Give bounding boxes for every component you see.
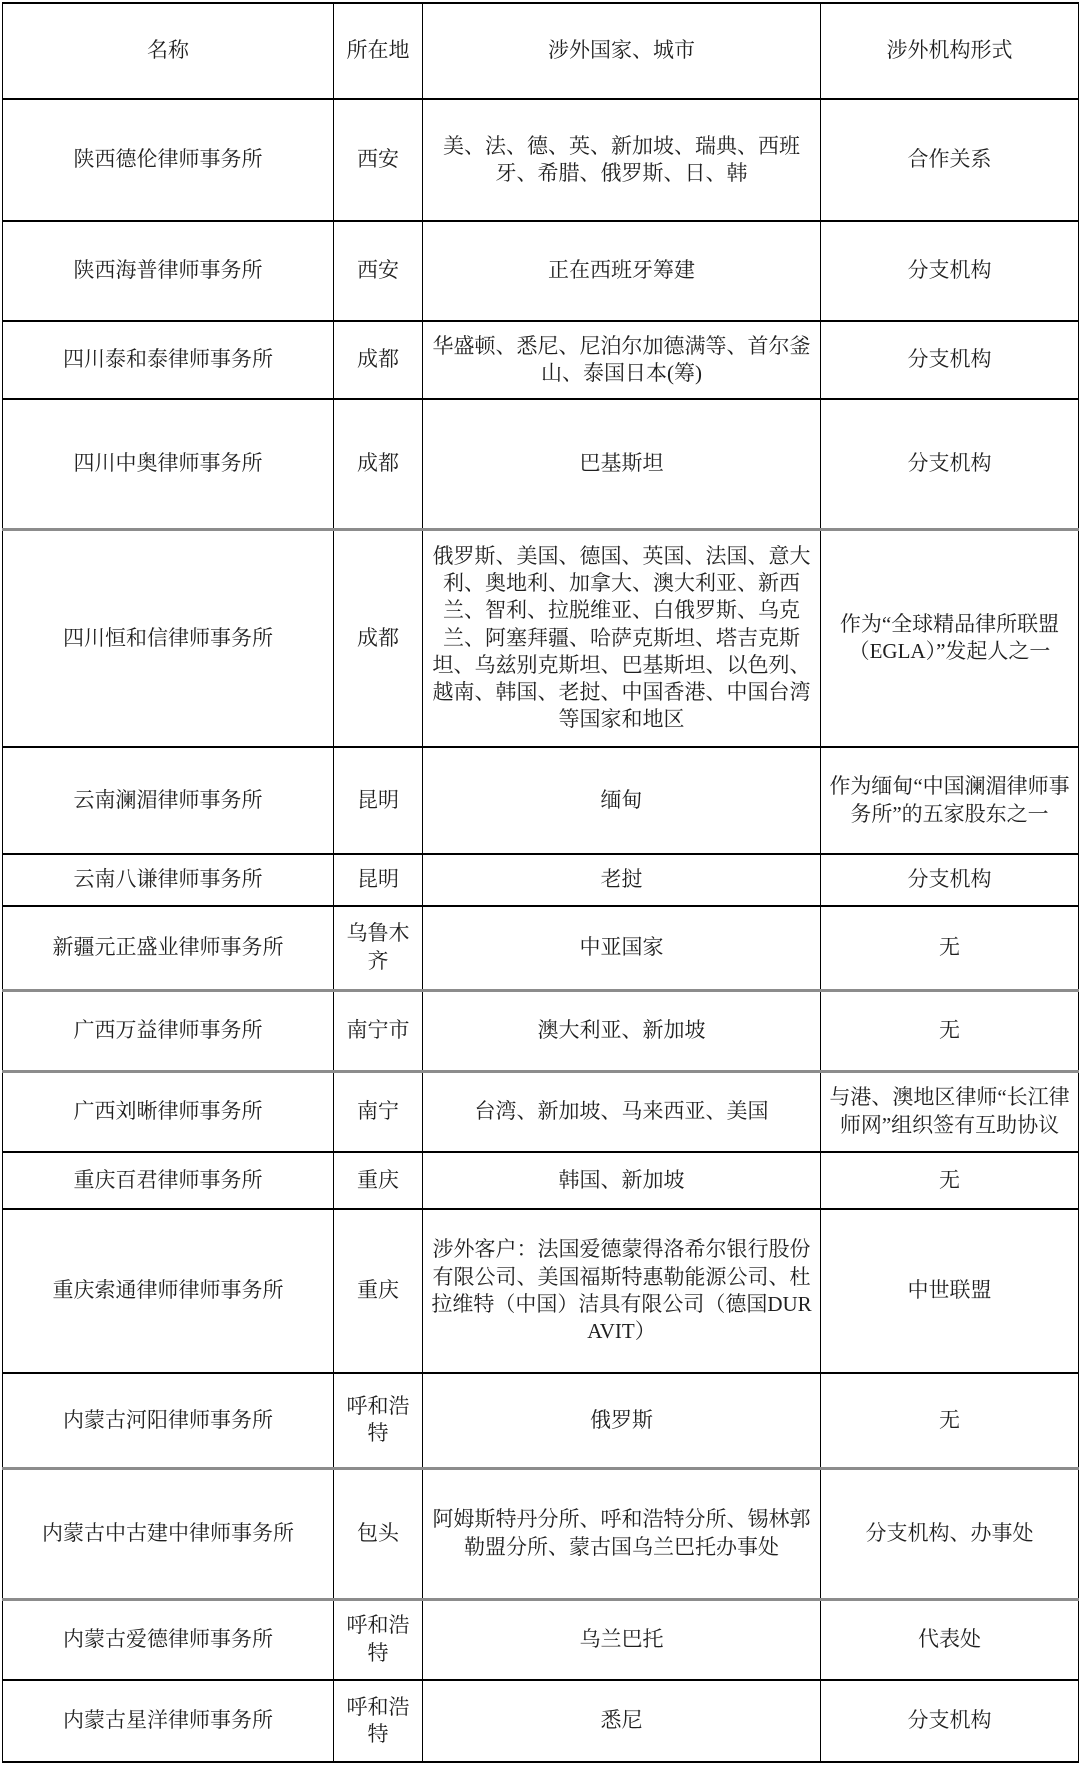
table-row: 新疆元正盛业律师事务所 乌鲁木齐 中亚国家 无	[3, 906, 1079, 990]
cell-firm-name: 云南八谦律师事务所	[3, 854, 334, 906]
cell-firm-name: 重庆百君律师事务所	[3, 1152, 334, 1209]
cell-countries: 中亚国家	[423, 906, 821, 990]
cell-institution-form: 分支机构	[821, 1680, 1079, 1762]
cell-institution-form: 无	[821, 990, 1079, 1071]
cell-location: 乌鲁木齐	[334, 906, 423, 990]
cell-location: 西安	[334, 221, 423, 321]
table-row: 重庆索通律师律师事务所 重庆 涉外客户：法国爱德蒙得洛希尔银行股份有限公司、美国…	[3, 1209, 1079, 1373]
cell-institution-form: 无	[821, 1373, 1079, 1468]
cell-firm-name: 新疆元正盛业律师事务所	[3, 906, 334, 990]
cell-location: 成都	[334, 529, 423, 747]
law-firms-table: 名称 所在地 涉外国家、城市 涉外机构形式 陕西德伦律师事务所 西安 美、法、德…	[2, 2, 1079, 1763]
cell-firm-name: 陕西德伦律师事务所	[3, 99, 334, 221]
col-header-name: 名称	[3, 3, 334, 99]
cell-institution-form: 中世联盟	[821, 1209, 1079, 1373]
cell-location: 南宁	[334, 1071, 423, 1152]
cell-firm-name: 内蒙古河阳律师事务所	[3, 1373, 334, 1468]
table-row: 四川恒和信律师事务所 成都 俄罗斯、美国、德国、英国、法国、意大利、奥地利、加拿…	[3, 529, 1079, 747]
cell-institution-form: 分支机构	[821, 321, 1079, 399]
table-row: 内蒙古星洋律师事务所 呼和浩特 悉尼 分支机构	[3, 1680, 1079, 1762]
col-header-institution-form: 涉外机构形式	[821, 3, 1079, 99]
cell-location: 成都	[334, 399, 423, 529]
cell-location: 呼和浩特	[334, 1599, 423, 1680]
cell-location: 呼和浩特	[334, 1373, 423, 1468]
table-header: 名称 所在地 涉外国家、城市 涉外机构形式	[3, 3, 1079, 99]
cell-countries: 阿姆斯特丹分所、呼和浩特分所、锡林郭勒盟分所、蒙古国乌兰巴托办事处	[423, 1468, 821, 1599]
cell-location: 西安	[334, 99, 423, 221]
cell-location: 昆明	[334, 854, 423, 906]
col-header-location: 所在地	[334, 3, 423, 99]
table-row: 四川中奥律师事务所 成都 巴基斯坦 分支机构	[3, 399, 1079, 529]
cell-firm-name: 内蒙古中古建中律师事务所	[3, 1468, 334, 1599]
cell-firm-name: 四川恒和信律师事务所	[3, 529, 334, 747]
cell-firm-name: 内蒙古星洋律师事务所	[3, 1680, 334, 1762]
cell-institution-form: 与港、澳地区律师“长江律师网”组织签有互助协议	[821, 1071, 1079, 1152]
header-row: 名称 所在地 涉外国家、城市 涉外机构形式	[3, 3, 1079, 99]
cell-countries: 俄罗斯	[423, 1373, 821, 1468]
cell-firm-name: 内蒙古爱德律师事务所	[3, 1599, 334, 1680]
cell-firm-name: 四川中奥律师事务所	[3, 399, 334, 529]
cell-location: 呼和浩特	[334, 1680, 423, 1762]
cell-location: 昆明	[334, 747, 423, 854]
table-row: 内蒙古河阳律师事务所 呼和浩特 俄罗斯 无	[3, 1373, 1079, 1468]
cell-location: 南宁市	[334, 990, 423, 1071]
cell-countries: 美、法、德、英、新加坡、瑞典、西班牙、希腊、俄罗斯、日、韩	[423, 99, 821, 221]
table-row: 广西刘晰律师事务所 南宁 台湾、新加坡、马来西亚、美国 与港、澳地区律师“长江律…	[3, 1071, 1079, 1152]
cell-institution-form: 作为缅甸“中国澜湄律师事务所”的五家股东之一	[821, 747, 1079, 854]
cell-countries: 正在西班牙筹建	[423, 221, 821, 321]
cell-location: 重庆	[334, 1152, 423, 1209]
table-row: 陕西海普律师事务所 西安 正在西班牙筹建 分支机构	[3, 221, 1079, 321]
table-row: 重庆百君律师事务所 重庆 韩国、新加坡 无	[3, 1152, 1079, 1209]
cell-firm-name: 重庆索通律师律师事务所	[3, 1209, 334, 1373]
cell-firm-name: 广西刘晰律师事务所	[3, 1071, 334, 1152]
cell-firm-name: 陕西海普律师事务所	[3, 221, 334, 321]
table-row: 广西万益律师事务所 南宁市 澳大利亚、新加坡 无	[3, 990, 1079, 1071]
cell-institution-form: 无	[821, 1152, 1079, 1209]
table-row: 内蒙古爱德律师事务所 呼和浩特 乌兰巴托 代表处	[3, 1599, 1079, 1680]
cell-firm-name: 四川泰和泰律师事务所	[3, 321, 334, 399]
cell-institution-form: 分支机构	[821, 399, 1079, 529]
table-row: 内蒙古中古建中律师事务所 包头 阿姆斯特丹分所、呼和浩特分所、锡林郭勒盟分所、蒙…	[3, 1468, 1079, 1599]
table-row: 云南澜湄律师事务所 昆明 缅甸 作为缅甸“中国澜湄律师事务所”的五家股东之一	[3, 747, 1079, 854]
cell-countries: 涉外客户：法国爱德蒙得洛希尔银行股份有限公司、美国福斯特惠勒能源公司、杜拉维特（…	[423, 1209, 821, 1373]
cell-firm-name: 广西万益律师事务所	[3, 990, 334, 1071]
cell-institution-form: 分支机构	[821, 221, 1079, 321]
table-body: 陕西德伦律师事务所 西安 美、法、德、英、新加坡、瑞典、西班牙、希腊、俄罗斯、日…	[3, 99, 1079, 1762]
cell-location: 包头	[334, 1468, 423, 1599]
cell-firm-name: 云南澜湄律师事务所	[3, 747, 334, 854]
cell-countries: 老挝	[423, 854, 821, 906]
cell-countries: 华盛顿、悉尼、尼泊尔加德满等、首尔釜山、泰国日本(筹)	[423, 321, 821, 399]
cell-institution-form: 合作关系	[821, 99, 1079, 221]
cell-location: 成都	[334, 321, 423, 399]
table-row: 四川泰和泰律师事务所 成都 华盛顿、悉尼、尼泊尔加德满等、首尔釜山、泰国日本(筹…	[3, 321, 1079, 399]
cell-institution-form: 无	[821, 906, 1079, 990]
cell-countries: 缅甸	[423, 747, 821, 854]
table-row: 陕西德伦律师事务所 西安 美、法、德、英、新加坡、瑞典、西班牙、希腊、俄罗斯、日…	[3, 99, 1079, 221]
cell-institution-form: 分支机构、办事处	[821, 1468, 1079, 1599]
cell-countries: 巴基斯坦	[423, 399, 821, 529]
cell-countries: 台湾、新加坡、马来西亚、美国	[423, 1071, 821, 1152]
cell-institution-form: 代表处	[821, 1599, 1079, 1680]
cell-countries: 俄罗斯、美国、德国、英国、法国、意大利、奥地利、加拿大、澳大利亚、新西兰、智利、…	[423, 529, 821, 747]
cell-institution-form: 分支机构	[821, 854, 1079, 906]
cell-countries: 乌兰巴托	[423, 1599, 821, 1680]
cell-institution-form: 作为“全球精品律所联盟（EGLA）”发起人之一	[821, 529, 1079, 747]
cell-location: 重庆	[334, 1209, 423, 1373]
cell-countries: 韩国、新加坡	[423, 1152, 821, 1209]
col-header-countries: 涉外国家、城市	[423, 3, 821, 99]
cell-countries: 澳大利亚、新加坡	[423, 990, 821, 1071]
table-row: 云南八谦律师事务所 昆明 老挝 分支机构	[3, 854, 1079, 906]
cell-countries: 悉尼	[423, 1680, 821, 1762]
